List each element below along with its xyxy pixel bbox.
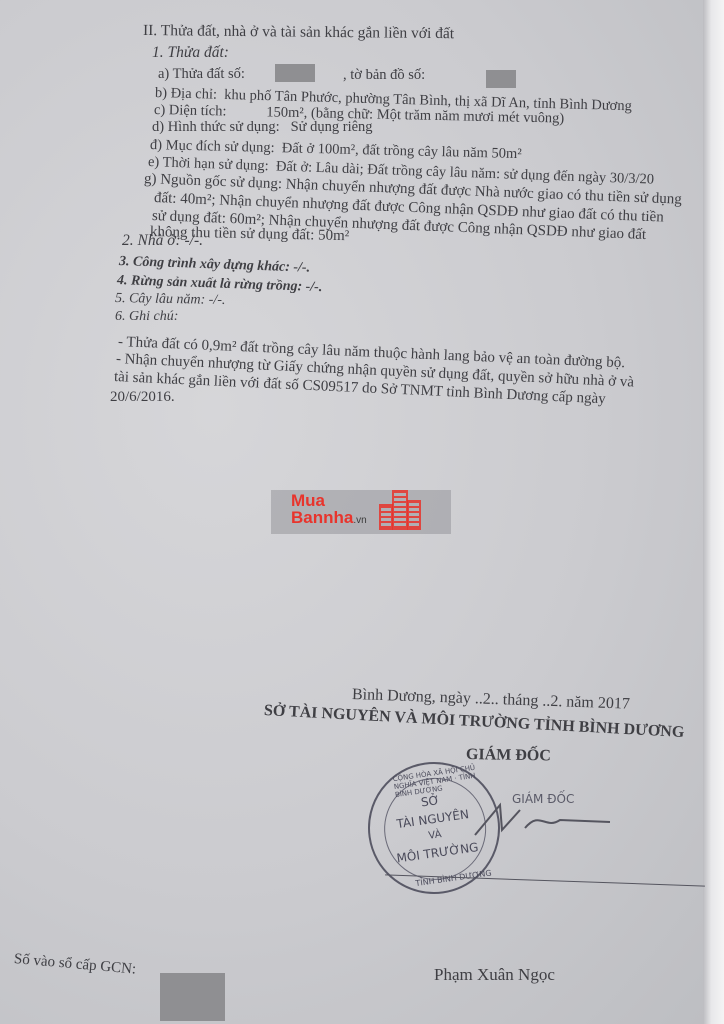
signature (470, 800, 620, 840)
parcel-number-label: a) Thửa đất số: (158, 65, 245, 83)
watermark-line-1: Mua (291, 492, 367, 509)
map-sheet-label: , tờ bản đồ số: (343, 66, 425, 84)
redacted-registry-number (160, 973, 225, 1021)
section-title: II. Thửa đất, nhà ở và tài sản khác gắn … (143, 22, 454, 43)
item-house: 2. Nhà ở: -/-. (122, 232, 203, 250)
address-label: b) Địa chỉ: (155, 85, 217, 103)
watermark-line-2: Bannha (291, 508, 353, 527)
item-notes: 6. Ghi chú: (115, 308, 178, 326)
building-icon (379, 492, 423, 530)
watermark-logo: Mua Bannha.vn (271, 490, 451, 534)
watermark-text: Mua Bannha.vn (291, 492, 367, 529)
area-label: c) Diện tích: (154, 102, 227, 120)
usage-form-line: d) Hình thức sử dụng: Sử dụng riêng (152, 118, 373, 136)
redacted-parcel-number (275, 64, 315, 82)
part1-title: 1. Thửa đất: (152, 44, 229, 62)
signer-name: Phạm Xuân Ngọc (434, 966, 555, 984)
usage-form-value: Sử dụng riêng (291, 119, 373, 135)
usage-form-label: d) Hình thức sử dụng: (152, 119, 280, 135)
item-perennial-trees: 5. Cây lâu năm: -/-. (115, 290, 226, 310)
watermark-suffix: .vn (353, 515, 366, 526)
page-edge (703, 0, 724, 1024)
note-2-line-3: 20/6/2016. (110, 388, 175, 406)
redacted-map-sheet (486, 70, 516, 88)
